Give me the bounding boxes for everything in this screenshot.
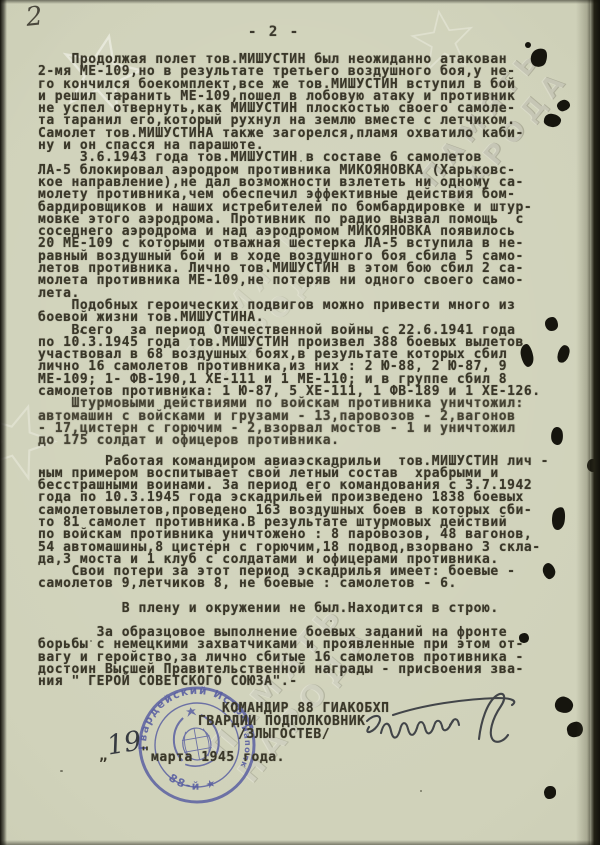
date-open-quote: „ [99, 748, 107, 764]
typed-body: Продолжая полет тов.МИШУСТИН был неожида… [38, 54, 588, 689]
paragraph: Свои потери за этот период эскадрилья им… [38, 566, 588, 591]
paragraph: Продолжая полет тов.МИШУСТИН был неожида… [38, 54, 588, 152]
stamp-arc-text-bottom: 88-й ★ [165, 764, 220, 799]
typed-line: молета противника МЕ-109,не потеряв ни о… [38, 275, 588, 287]
ink-blot [553, 694, 576, 716]
scan-edge [0, 0, 600, 4]
scan-edge [587, 0, 600, 845]
paragraph: Подобных героических подвигов можно прив… [38, 300, 588, 325]
paragraph: 3.6.1943 года тов.МИШУСТИН в составе 6 с… [38, 152, 588, 300]
scanned-document-page: ПАМЯТЬ НАРОДА ПАМЯТЬ НАРОДА ПАМЯТЬ НАРОД… [0, 0, 600, 845]
typed-line: самолетов 9,летчиков 8, не боевые : само… [38, 578, 588, 590]
paragraph: В плену и окружении не был.Находится в с… [38, 603, 588, 615]
scan-edge [0, 840, 600, 845]
handwritten-day: 19 [105, 726, 144, 762]
commander-name-line: /ЗЛЫГОСТЕВ/ [238, 727, 330, 742]
typed-date: марта 1945 года. [151, 750, 285, 765]
typed-line: В плену и окружении не был.Находится в с… [38, 603, 588, 615]
typed-line: до 175 солдат и офицеров противника. [38, 435, 588, 447]
paragraph: Штурмовыми действиями по войскам противн… [38, 398, 588, 447]
paragraph: Работая командиром авиаэскадрильи тов.МИ… [38, 456, 588, 567]
ink-blot [544, 786, 556, 799]
scan-edge [0, 0, 7, 845]
ink-blot [545, 317, 558, 331]
ink-blot [525, 42, 531, 48]
ink-blot [519, 633, 529, 643]
paragraph: За образцовое выполнение боевых заданий … [38, 627, 588, 688]
handwritten-signature [345, 685, 545, 755]
date-close-quote: " [141, 745, 149, 761]
page-header-number: - 2 - [248, 24, 300, 40]
paragraph: Всего за период Отечественной войны с 22… [38, 325, 588, 399]
handwritten-page-number: 2 [24, 1, 44, 33]
